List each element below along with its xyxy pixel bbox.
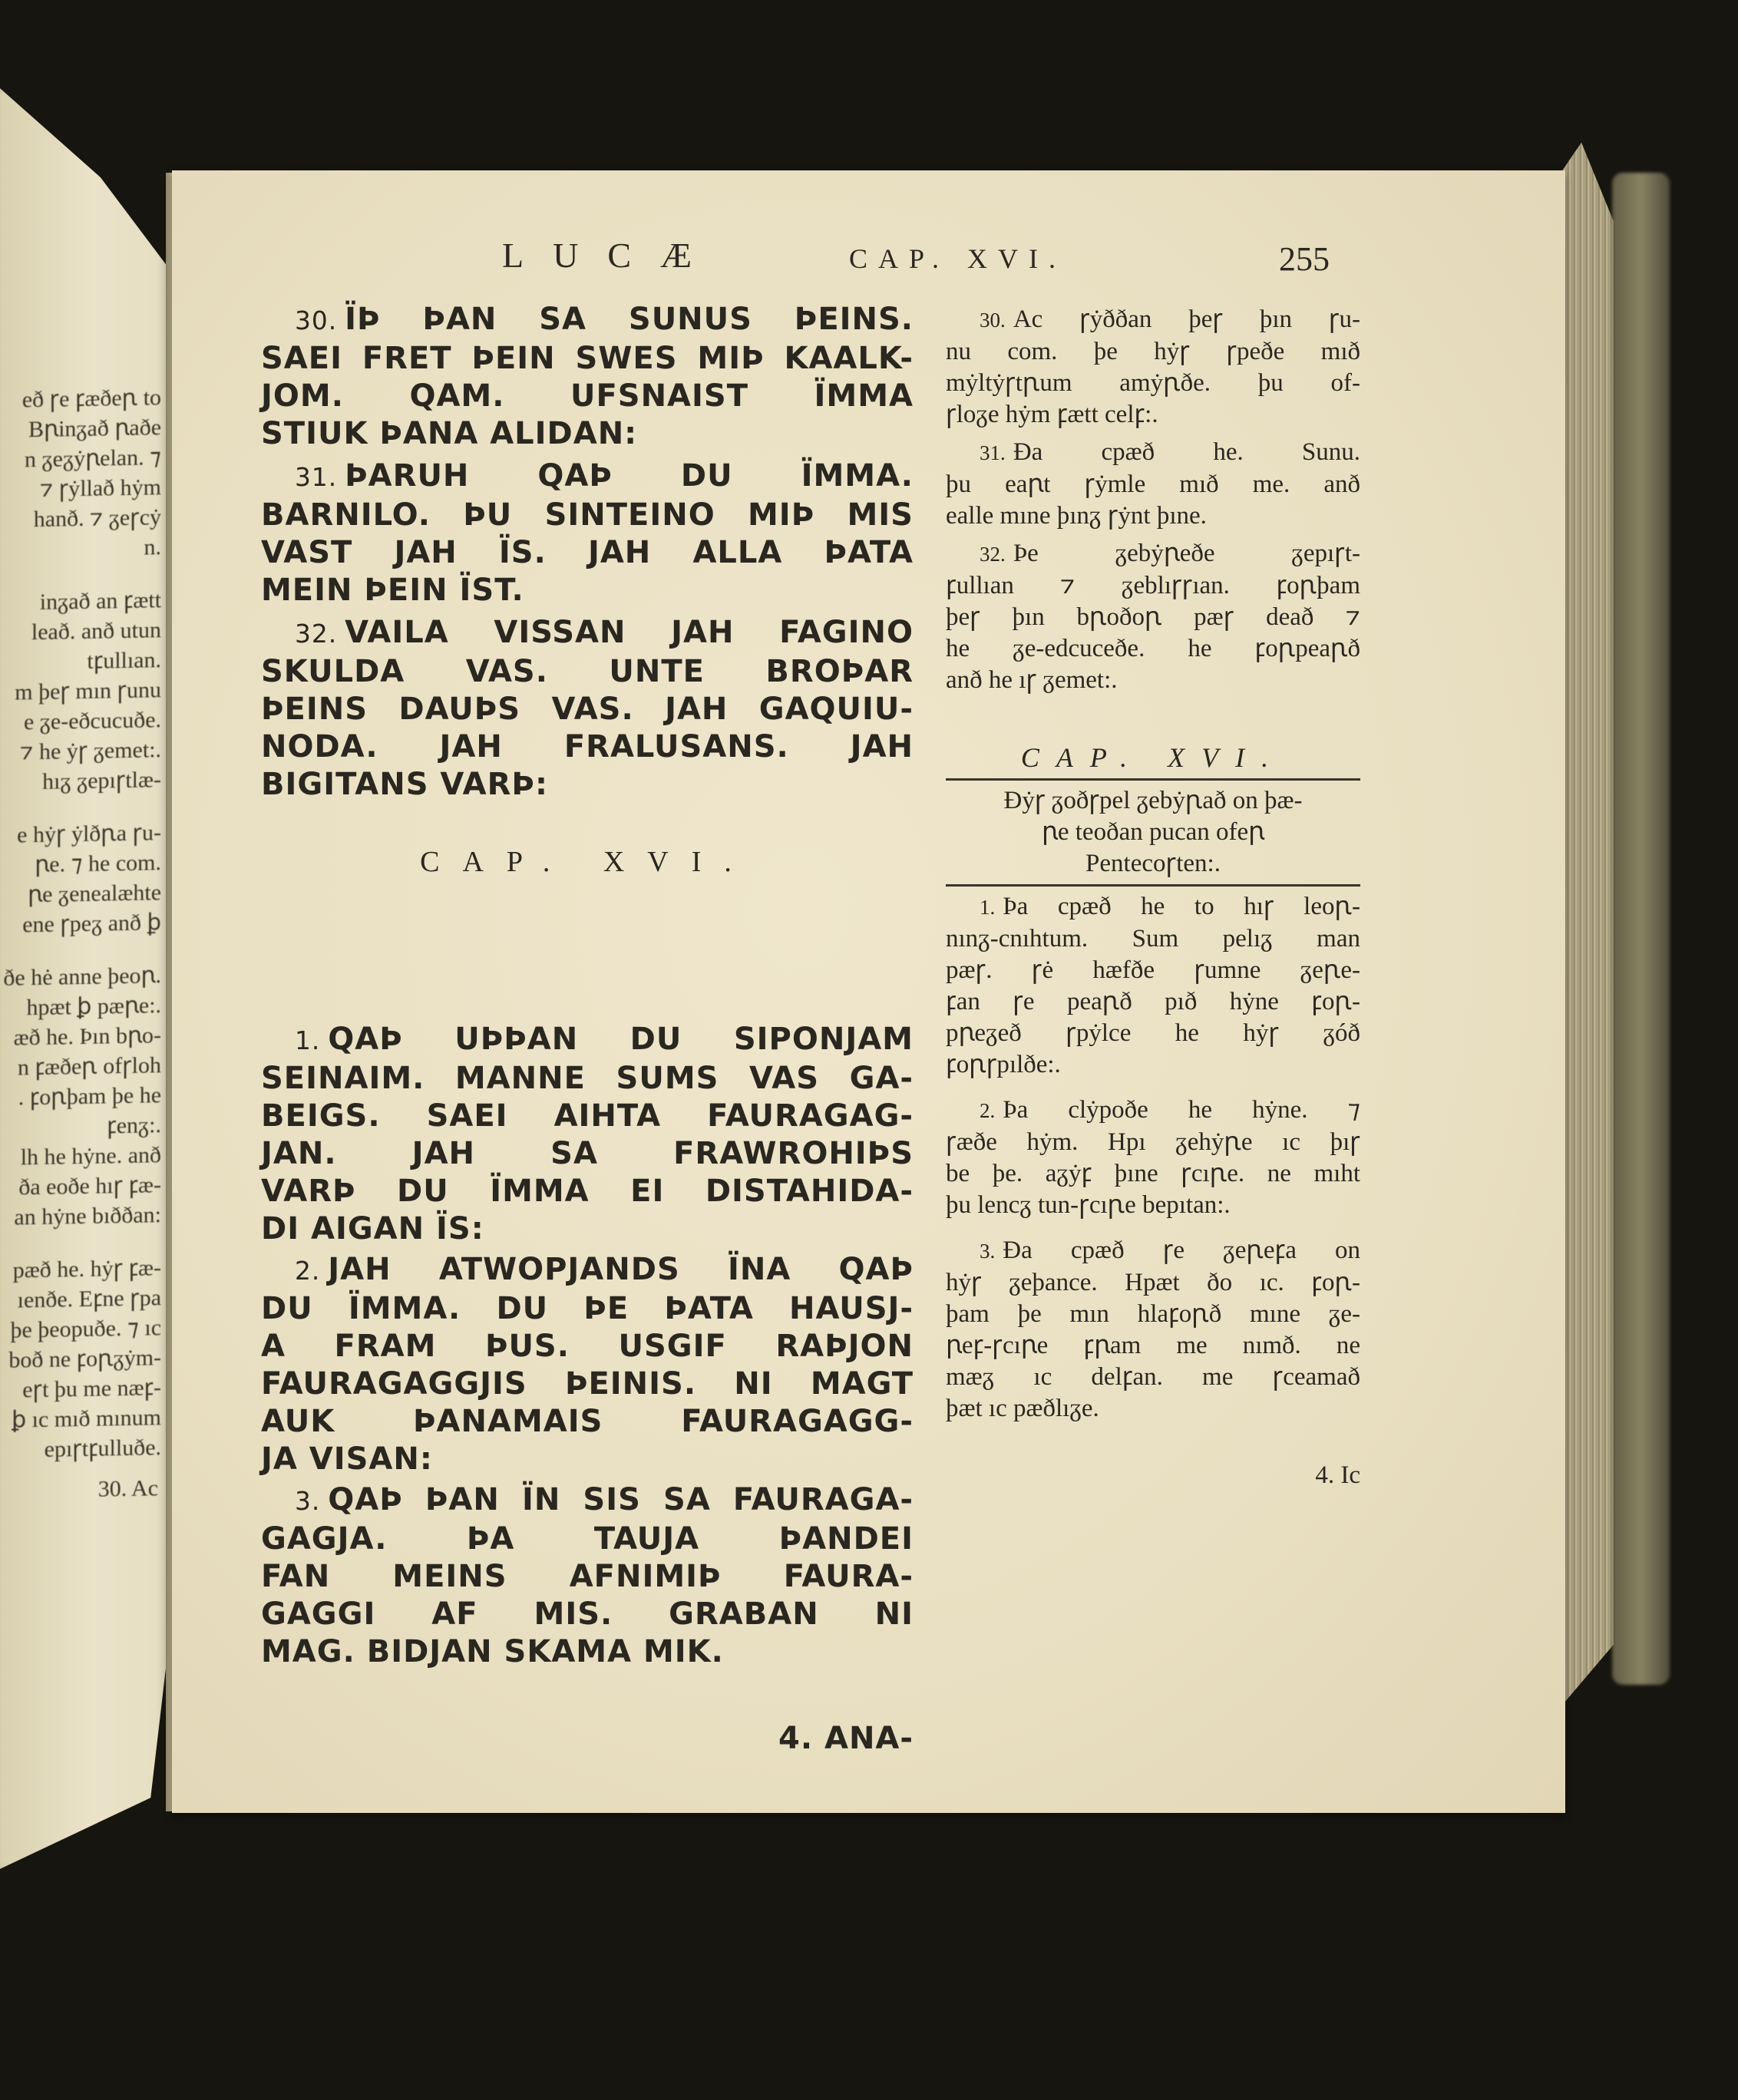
gothic-verses-top: 30.ïþ þan sa sunus þeins.saei fret þein …	[261, 301, 914, 804]
verse-text: be þe. aᵹẏꝼ þıne ꞅcıꞃe. ne mıht	[946, 1160, 1360, 1187]
left-page-line: ene ꞅpeᵹ anð ꝧ	[0, 907, 161, 940]
left-page-line: n ꝼæðeꞃ ofꞅloh	[0, 1050, 161, 1083]
verse-32: 32.Þe ᵹebẏꞃeðe ᵹepıꞅt-ꝼullıan ⁊ ᵹeblıꞅꞅı…	[946, 538, 1360, 696]
left-page-line: ıenðe. Eꝼne ꞅpa	[0, 1283, 161, 1316]
verse-31: 31.þaruh qaþ du ïmma.barnilo. þu sintein…	[261, 457, 914, 609]
verse-line: þam þe mın hlaꝼoꞃð mıne ᵹe-	[946, 1299, 1360, 1330]
verse-text: beigs. saei aihta fauragag-	[261, 1098, 914, 1134]
verse-line: 3.qaþ þan ïn sis sa fauraga-	[261, 1481, 914, 1521]
verse-text: þæt ıc pæðlıᵹe.	[946, 1395, 1099, 1422]
verse-text: gagja. Þa tauja þandei	[261, 1521, 914, 1557]
left-page-line: ⁊ ꞅẏllað hẏm	[0, 472, 161, 505]
verse-text: Þa clẏpoðe he hẏne. ⁊	[1003, 1096, 1360, 1124]
verse-text: Ða cpæð ꞅe ᵹeꞃeꝼa on	[1003, 1237, 1360, 1264]
verse-1: 1.qaþ uþþan du siponjamseinaim. manne su…	[261, 1021, 914, 1248]
verse-line: 3.Ða cpæð ꞅe ᵹeꞃeꝼa on	[946, 1235, 1360, 1267]
verse-text: qaþ uþþan du siponjam	[328, 1022, 914, 1057]
left-page-line: ⁊ he ẏꞅ ᵹemet:.	[0, 735, 161, 768]
rubric-bottom-rule	[946, 884, 1360, 887]
saxon-verses-top: 30.Ac ꞅẏððan þeꞅ þın ꞅu-nu com. þe hẏꞅ ꞅ…	[946, 304, 1360, 696]
verse-line: bigitans varþ:	[261, 766, 914, 804]
verse-line: di aigan ïs:	[261, 1210, 914, 1248]
verse-line: gaggi af mis. graban ni	[261, 1596, 914, 1633]
verse-text: ꞃeꝼ-ꞅcıꞃe ꝼꞃam me nımð. ne	[946, 1332, 1360, 1359]
verse-line: beigs. saei aihta fauragag-	[261, 1098, 914, 1135]
verse-text: seinaim. manne sums vas ga-	[261, 1061, 914, 1096]
verse-text: ealle mıne þınᵹ ꞅẏnt þıne.	[946, 502, 1207, 530]
verse-text: vaila vissan jah fagino	[345, 615, 914, 650]
left-page-line: . ꝼoꞃþam þe he	[0, 1080, 161, 1113]
verse-line: nu com. þe hẏꞅ ꞅpeðe mıð	[946, 336, 1360, 368]
gothic-column: 30.ïþ þan sa sunus þeins.saei fret þein …	[261, 301, 914, 1758]
verse-line: jom. qam. ufsnaist ïmma	[261, 378, 914, 415]
verse-line: 30.Ac ꞅẏððan þeꞅ þın ꞅu-	[946, 304, 1360, 336]
verse-1: 1.Þa cpæð he to hıꞅ leoꞃ-nınᵹ-cnıhtum. S…	[946, 891, 1360, 1081]
verse-number: 30.	[980, 309, 1006, 332]
verse-text: Þa cpæð he to hıꞅ leoꞃ-	[1003, 893, 1360, 920]
left-page-line: boð ne ꝼoꞃᵹẏm-	[0, 1342, 161, 1375]
verse-text: barnilo. þu sinteino miþ mis	[261, 497, 914, 533]
verse-line: hẏꞅ ᵹeþance. Hpæt ðo ıc. ꝼoꞃ-	[946, 1267, 1360, 1299]
verse-number: 30.	[295, 306, 337, 335]
verse-line: mæᵹ ıc delꝼan. me ꞅceamað	[946, 1362, 1360, 1393]
verse-line: 1.Þa cpæð he to hıꞅ leoꞃ-	[946, 891, 1360, 923]
verse-text: Ac ꞅẏððan þeꞅ þın ꞅu-	[1013, 305, 1360, 333]
verse-text: noda. jah fralusans. jah	[261, 729, 914, 764]
verse-31: 31.Ða cpæð he. Sunu.þu eaꞃt ꞅẏmle mıð me…	[946, 437, 1360, 532]
verse-line: pꞃeᵹeð ꞅpẏlce he hẏꞅ ᵹóð	[946, 1018, 1360, 1049]
verse-text: mẏltẏꞅtꞃum amẏꞃðe. þu of-	[946, 369, 1360, 397]
verse-text: di aigan ïs:	[261, 1211, 484, 1246]
left-page-line: leað. anð utun	[0, 615, 161, 648]
verse-line: nınᵹ-cnıhtum. Sum pelıᵹ man	[946, 923, 1360, 955]
verse-line: be þe. aᵹẏꝼ þıne ꞅcıꞃe. ne mıht	[946, 1158, 1360, 1190]
verse-line: mẏltẏꞅtꞃum amẏꞃðe. þu of-	[946, 368, 1360, 399]
verse-text: mein þein ïst.	[261, 573, 524, 608]
verse-line: þeins dauþs vas. jah gaquiu-	[261, 691, 914, 728]
verse-number: 32.	[295, 619, 337, 649]
verse-line: seinaim. manne sums vas ga-	[261, 1060, 914, 1098]
left-page-line: ꝼenᵹ:.	[0, 1110, 161, 1143]
left-page-line: e hẏꞅ ẏlðꞃa ꞅu-	[0, 817, 161, 850]
verse-text: varþ du ïmma ei distahida-	[261, 1174, 914, 1209]
left-page-line: eꞅt þu me næꝼ-	[0, 1372, 161, 1405]
left-page-line: inᵹað an ꝼætt	[0, 585, 161, 618]
verse-text: fan meins afnimiþ faura-	[261, 1559, 914, 1594]
rubric-line: ꞃe teoðan pucan ofeꞃ	[946, 817, 1360, 848]
saxon-chapter-heading: CAP. XVI.	[946, 742, 1360, 774]
left-page-line	[0, 794, 161, 821]
gothic-chapter-heading: CAP. XVI.	[261, 844, 914, 881]
verse-text: ꝼullıan ⁊ ᵹeblıꞅꞅıan. ꝼoꞃþam	[946, 572, 1360, 599]
verse-text: nınᵹ-cnıhtum. Sum pelıᵹ man	[946, 925, 1360, 953]
verse-line: ja visan:	[261, 1441, 914, 1478]
verse-line: pæꞅ. ꞅė hæfðe ꞅumne ᵹeꞃe-	[946, 955, 1360, 986]
left-page-catchword: 30. Ac	[0, 1473, 161, 1506]
verse-text: jah atwopjands ïna qaþ	[328, 1252, 914, 1287]
verse-text: auk þanamais fauragagg-	[261, 1404, 914, 1439]
page-edges	[1560, 127, 1614, 1708]
verse-text: Þe ᵹebẏꞃeðe ᵹepıꞅt-	[1013, 540, 1360, 567]
verse-text: ꝼan ꞅe peaꞃð pıð hẏne ꝼoꞃ-	[946, 988, 1360, 1015]
left-page-line: Bꞃinᵹað ꞃaðe	[0, 412, 161, 445]
verse-line: jan. jah sa frawrohiþs	[261, 1135, 914, 1173]
verse-text: þeꞅ þın bꞃoðoꞃ pæꞅ deað ⁊	[946, 603, 1360, 631]
verse-text: ïþ þan sa sunus þeins.	[345, 302, 914, 337]
verse-text: jan. jah sa frawrohiþs	[261, 1136, 914, 1171]
left-page-line: pæð he. hẏꞅ ꝼæ-	[0, 1253, 161, 1286]
left-page-line	[0, 937, 161, 963]
verse-line: ꞅloᵹe hẏm ꝼætt celꝼ:.	[946, 399, 1360, 431]
verse-text: skulda vas. unte broþar	[261, 654, 914, 689]
left-page-line: eð ꞅe ꝼæðeꞃ to	[0, 382, 161, 415]
left-page-line: ða eoðe hıꞅ ꝼæ-	[0, 1170, 161, 1203]
verse-line: 31.þaruh qaþ du ïmma.	[261, 457, 914, 497]
verse-text: ꞅæðe hẏm. Hpı ᵹehẏꞃe ıc þıꞅ	[946, 1128, 1360, 1156]
verse-3: 3.qaþ þan ïn sis sa fauraga-gagja. Þa ta…	[261, 1481, 914, 1671]
verse-line: fan meins afnimiþ faura-	[261, 1558, 914, 1596]
rubric-line: Pentecoꞅten:.	[946, 848, 1360, 880]
verse-text: pꞃeᵹeð ꞅpẏlce he hẏꞅ ᵹóð	[946, 1019, 1360, 1047]
verse-number: 3.	[980, 1240, 995, 1263]
verse-line: auk þanamais fauragagg-	[261, 1403, 914, 1441]
verse-line: ꝼoꞃꞅpılðe:.	[946, 1049, 1360, 1081]
verse-line: 32.vaila vissan jah fagino	[261, 614, 914, 653]
verse-line: ꝼullıan ⁊ ᵹeblıꞅꞅıan. ꝼoꞃþam	[946, 570, 1360, 602]
left-page-line: an hẏne bıððan:	[0, 1200, 161, 1233]
book-binding	[1612, 173, 1670, 1685]
verse-text: a fram þus. usgif raþjon	[261, 1329, 914, 1364]
running-head: LUCÆ CAP. XVI. 255	[502, 235, 1408, 281]
verse-text: gaggi af mis. graban ni	[261, 1596, 914, 1632]
verse-line: anð he ıꞅ ᵹemet:.	[946, 665, 1360, 696]
verse-line: fauragaggjis þeinis. ni magt	[261, 1365, 914, 1403]
verse-text: fauragaggjis þeinis. ni magt	[261, 1366, 914, 1402]
verse-text: vast jah ïs. jah alla þata	[261, 535, 914, 570]
left-page-line: lh he hẏne. anð	[0, 1140, 161, 1173]
verse-line: mein þein ïst.	[261, 572, 914, 609]
rubric-top-rule	[946, 778, 1360, 781]
left-page: eð ꞅe ꝼæðeꞃ toBꞃinᵹað ꞃaðen ᵹeᵹẏꞃelan. ⁊…	[0, 88, 167, 1869]
verse-text: mag. bidjan skama mik.	[261, 1634, 724, 1669]
verse-text: hẏꞅ ᵹeþance. Hpæt ðo ıc. ꝼoꞃ-	[946, 1269, 1360, 1296]
verse-text: ja visan:	[261, 1441, 433, 1477]
verse-line: 31.Ða cpæð he. Sunu.	[946, 437, 1360, 469]
verse-text: Ða cpæð he. Sunu.	[1013, 438, 1360, 466]
verse-text: þeins dauþs vas. jah gaquiu-	[261, 692, 914, 727]
saxon-rubric: Ðẏꞅ ᵹoðꞅpel ᵹebẏꞃað on þæ-ꞃe teoðan puca…	[946, 785, 1360, 880]
verse-text: þaruh qaþ du ïmma.	[345, 458, 914, 494]
left-page-line: ꝧ ıc mıð mınum	[0, 1402, 161, 1435]
saxon-verses-chapter: 1.Þa cpæð he to hıꞅ leoꞃ-nınᵹ-cnıhtum. S…	[946, 891, 1360, 1425]
gothic-catchword: 4. Ana-	[261, 1720, 914, 1758]
verse-32: 32.vaila vissan jah faginoskulda vas. un…	[261, 614, 914, 804]
verse-line: 2.Þa clẏpoðe he hẏne. ⁊	[946, 1095, 1360, 1127]
verse-number: 32.	[980, 543, 1006, 566]
left-page-line: ꞃe. ⁊ he com.	[0, 847, 161, 880]
verse-line: he ᵹe-edcuceðe. he ꝼoꞃpeaꞃð	[946, 633, 1360, 665]
left-page-line: ðe hė anne þeoꞃ.	[0, 960, 161, 993]
verse-text: bigitans varþ:	[261, 767, 548, 802]
rubric-line: Ðẏꞅ ᵹoðꞅpel ᵹebẏꞃað on þæ-	[946, 785, 1360, 817]
verse-line: 32.Þe ᵹebẏꞃeðe ᵹepıꞅt-	[946, 538, 1360, 570]
verse-30: 30.ïþ þan sa sunus þeins.saei fret þein …	[261, 301, 914, 453]
verse-line: mag. bidjan skama mik.	[261, 1633, 914, 1671]
left-page-line: n ᵹeᵹẏꞃelan. ⁊	[0, 442, 161, 475]
verse-text: anð he ıꞅ ᵹemet:.	[946, 666, 1118, 694]
verse-number: 2.	[980, 1099, 995, 1122]
verse-line: ealle mıne þınᵹ ꞅẏnt þıne.	[946, 500, 1360, 532]
verse-line: skulda vas. unte broþar	[261, 653, 914, 691]
left-page-text: eð ꞅe ꝼæðeꞃ toBꞃinᵹað ꞃaðen ᵹeᵹẏꞃelan. ⁊…	[0, 382, 161, 1506]
verse-line: 1.qaþ uþþan du siponjam	[261, 1021, 914, 1060]
verse-number: 3.	[295, 1487, 320, 1516]
verse-line: gagja. Þa tauja þandei	[261, 1521, 914, 1558]
left-page-line: hanð. ⁊ ᵹeꞅcẏ	[0, 502, 161, 535]
left-page-line: þe þeopuðe. ⁊ ıc	[0, 1312, 161, 1346]
verse-3: 3.Ða cpæð ꞅe ᵹeꞃeꝼa onhẏꞅ ᵹeþance. Hpæt …	[946, 1235, 1360, 1425]
verse-line: du ïmma. du Þe þata hausj-	[261, 1290, 914, 1328]
verse-text: jom. qam. ufsnaist ïmma	[261, 378, 914, 414]
verse-line: þu lencᵹ tun-ꞅcıꞃe bepıtan:.	[946, 1190, 1360, 1221]
verse-text: ꞅloᵹe hẏm ꝼætt celꝼ:.	[946, 401, 1158, 428]
left-page-line: tꝼullıan.	[0, 645, 161, 678]
verse-line: þæt ıc pæðlıᵹe.	[946, 1393, 1360, 1425]
verse-line: saei fret þein swes miþ kaalk-	[261, 340, 914, 378]
verse-number: 31.	[295, 463, 337, 492]
left-page-line: hıᵹ ᵹepıꞅtlæ-	[0, 764, 161, 797]
page-number: 255	[1279, 239, 1330, 279]
verse-number: 31.	[980, 441, 1006, 464]
verse-text: mæᵹ ıc delꝼan. me ꞅceamað	[946, 1363, 1360, 1391]
verse-line: ꞃeꝼ-ꞅcıꞃe ꝼꞃam me nımð. ne	[946, 1330, 1360, 1362]
verse-line: þeꞅ þın bꞃoðoꞃ pæꞅ deað ⁊	[946, 602, 1360, 633]
left-page-line: ꞃe ᵹenealæhte	[0, 877, 161, 910]
saxon-column: 30.Ac ꞅẏððan þeꞅ þın ꞅu-nu com. þe hẏꞅ ꞅ…	[946, 304, 1360, 1491]
verse-text: saei fret þein swes miþ kaalk-	[261, 341, 914, 376]
gothic-verses-chapter: 1.qaþ uþþan du siponjamseinaim. manne su…	[261, 1021, 914, 1671]
verse-line: vast jah ïs. jah alla þata	[261, 534, 914, 572]
verse-text: nu com. þe hẏꞅ ꞅpeðe mıð	[946, 338, 1360, 365]
verse-text: ꝼoꞃꞅpılðe:.	[946, 1051, 1061, 1078]
verse-line: ꝼan ꞅe peaꞃð pıð hẏne ꝼoꞃ-	[946, 986, 1360, 1018]
verse-text: stiuk þana alidan:	[261, 416, 637, 451]
verse-line: þu eaꞃt ꞅẏmle mıð me. anð	[946, 469, 1360, 500]
left-page-line: e ᵹe-eðcucuðe.	[0, 705, 161, 738]
saxon-catchword: 4. Ic	[946, 1460, 1360, 1491]
verse-number: 1.	[980, 896, 995, 919]
left-page-line: n.	[0, 532, 161, 565]
verse-line: stiuk þana alidan:	[261, 415, 914, 453]
left-page-line	[0, 1230, 161, 1256]
verse-line: 30.ïþ þan sa sunus þeins.	[261, 301, 914, 340]
verse-text: he ᵹe-edcuceðe. he ꝼoꞃpeaꞃð	[946, 635, 1360, 662]
verse-line: ꞅæðe hẏm. Hpı ᵹehẏꞃe ıc þıꞅ	[946, 1127, 1360, 1158]
verse-text: þam þe mın hlaꝼoꞃð mıne ᵹe-	[946, 1300, 1360, 1328]
verse-number: 2.	[295, 1256, 320, 1286]
verse-text: qaþ þan ïn sis sa fauraga-	[328, 1482, 914, 1517]
left-page-line: hpæt ꝧ pæꞃe:.	[0, 990, 161, 1023]
left-page-line: m þeꞅ mın ꞅunu	[0, 675, 161, 708]
verse-text: pæꞅ. ꞅė hæfðe ꞅumne ᵹeꞃe-	[946, 956, 1360, 984]
verse-2: 2.Þa clẏpoðe he hẏne. ⁊ꞅæðe hẏm. Hpı ᵹeh…	[946, 1095, 1360, 1221]
verse-2: 2.jah atwopjands ïna qaþdu ïmma. du Þe þ…	[261, 1251, 914, 1478]
verse-line: a fram þus. usgif raþjon	[261, 1328, 914, 1365]
verse-text: þu lencᵹ tun-ꞅcıꞃe bepıtan:.	[946, 1191, 1231, 1219]
verse-line: 2.jah atwopjands ïna qaþ	[261, 1251, 914, 1290]
verse-30: 30.Ac ꞅẏððan þeꞅ þın ꞅu-nu com. þe hẏꞅ ꞅ…	[946, 304, 1360, 431]
left-page-line: æð he. Þın bꞃo-	[0, 1020, 161, 1053]
verse-number: 1.	[295, 1026, 320, 1055]
verse-text: þu eaꞃt ꞅẏmle mıð me. anð	[946, 471, 1360, 498]
book-title: LUCÆ	[502, 235, 721, 276]
left-page-line	[0, 562, 161, 588]
verse-line: varþ du ïmma ei distahida-	[261, 1173, 914, 1210]
verse-line: noda. jah fralusans. jah	[261, 728, 914, 766]
verse-line: barnilo. þu sinteino miþ mis	[261, 497, 914, 534]
left-page-line: epıꞅtꝼulluðe.	[0, 1432, 161, 1465]
verse-text: du ïmma. du Þe þata hausj-	[261, 1291, 914, 1326]
running-chapter-label: CAP. XVI.	[849, 243, 1066, 275]
